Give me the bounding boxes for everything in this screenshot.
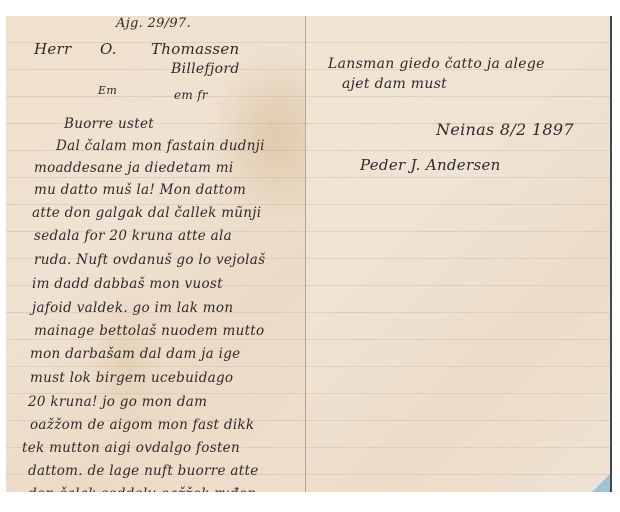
body-line: ruda. Nuft ovdanuš go lo vejolaš (34, 252, 265, 268)
letter-spread: Ajg. 29/97. Herr O. Thomassen Billefjord… (6, 16, 612, 492)
folded-corner (592, 474, 610, 492)
body-line: mu datto muš la! Mon dattom (34, 182, 246, 198)
date-header: Ajg. 29/97. (116, 16, 191, 31)
body-line: dattom. de lage nuft buorre atte (28, 463, 259, 479)
body-line: oažžom de aigom mon fast dikk (30, 417, 254, 433)
body-line: Lansman giedo čatto ja alege (328, 56, 545, 72)
body-line: tek mutton aigi ovdalgo fosten (22, 440, 240, 456)
left-page: Ajg. 29/97. Herr O. Thomassen Billefjord… (6, 16, 306, 492)
body-line: Dal čalam mon fastain dudnji (56, 138, 265, 154)
body-line: im dadd dabbaš mon vuost (32, 276, 223, 292)
right-page: Lansman giedo čatto ja alege ajet dam mu… (306, 16, 612, 492)
body-line: moaddesane ja diedetam mi (34, 160, 234, 176)
address-place: Billefjord (171, 61, 240, 77)
address-name: Thomassen (151, 40, 240, 58)
address-initial: O. (100, 40, 117, 58)
body-line: jafoid valdek. go im lak mon (32, 300, 233, 316)
address-note-b: em fr (174, 88, 208, 102)
place-date: Neinas 8/2 1897 (436, 120, 574, 139)
body-line: mon darbašam dal dam ja ige (30, 346, 240, 362)
address-note-a: Em (98, 84, 117, 97)
body-line: atte don galgak dal čallek mũnji (32, 205, 261, 221)
address-salutation: Herr (34, 40, 72, 58)
body-line: sedala for 20 kruna atte ala (34, 228, 232, 244)
body-line: don čalak seddelu oažžok ruđon (28, 486, 256, 492)
greeting: Buorre ustet (64, 116, 154, 132)
body-line: mainage bettolaš nuodem mutto (34, 323, 264, 339)
signature: Peder J. Andersen (360, 156, 501, 174)
body-line: must lok birgem ucebuidago (30, 370, 233, 386)
body-line: ajet dam must (342, 76, 447, 92)
body-line: 20 kruna! jo go mon dam (28, 394, 207, 410)
